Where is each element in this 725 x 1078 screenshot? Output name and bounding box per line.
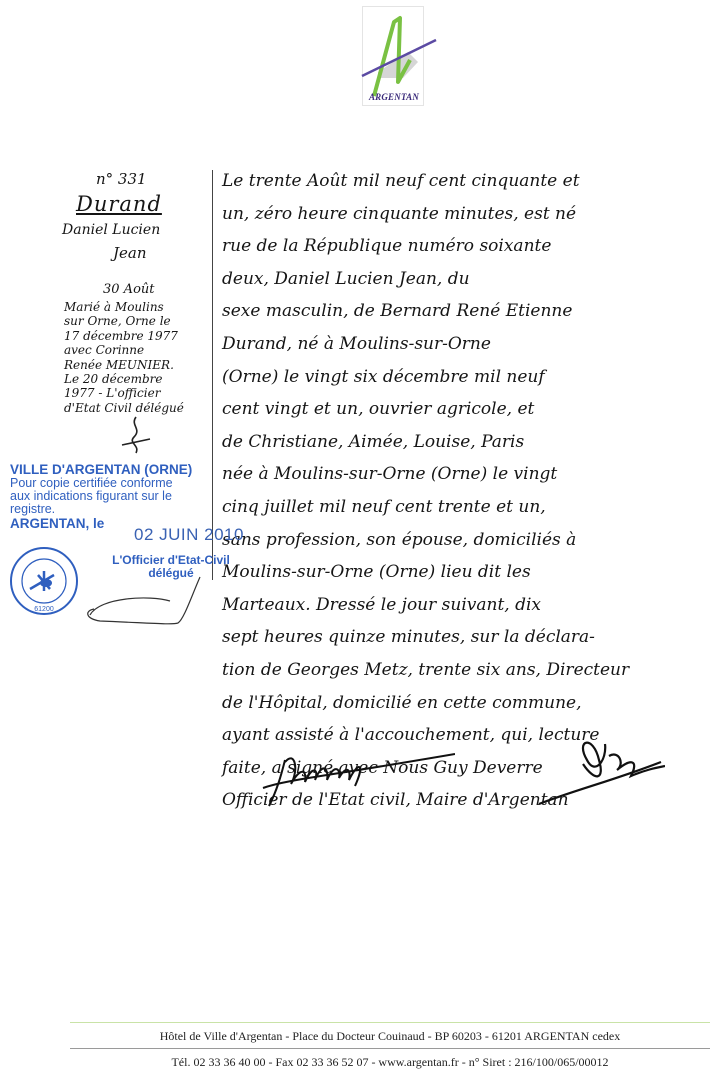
- surname: Durand: [76, 192, 162, 216]
- act-number: n° 331: [96, 170, 147, 188]
- marriage-note-line: 1977 - L'officier: [64, 386, 222, 400]
- footer-rule: [70, 1048, 710, 1049]
- seal-postcode: 61200: [34, 606, 54, 613]
- act-line: Marteaux. Dressé le jour suivant, dix: [222, 589, 712, 622]
- marriage-note-line: 17 décembre 1977: [64, 329, 222, 343]
- marriage-note-line: Marié à Moulins: [64, 300, 222, 314]
- stamp-signature-icon: [80, 575, 230, 625]
- declarant-signature-icon: [255, 740, 455, 810]
- act-line: née à Moulins-sur-Orne (Orne) le vingt: [222, 458, 712, 491]
- officer-signature-icon: [535, 720, 665, 810]
- marriage-note-line: Le 20 décembre: [64, 372, 222, 386]
- footer-address: Hôtel de Ville d'Argentan - Place du Doc…: [70, 1029, 710, 1044]
- marriage-note-line: Renée MEUNIER.: [64, 358, 222, 372]
- birth-date-note: 30 Août: [103, 282, 155, 297]
- argentan-logo: ARGENTAN: [362, 6, 424, 106]
- city-seal-icon: 61200: [8, 545, 80, 617]
- act-line: cent vingt et un, ouvrier agricole, et: [222, 393, 712, 426]
- letterhead-footer: Hôtel de Ville d'Argentan - Place du Doc…: [70, 1022, 710, 1070]
- margin-signature-icon: [116, 415, 156, 455]
- act-line: deux, Daniel Lucien Jean, du: [222, 263, 712, 296]
- act-line: sept heures quinze minutes, sur la décla…: [222, 621, 712, 654]
- act-line: rue de la République numéro soixante: [222, 230, 712, 263]
- footer-contact: Tél. 02 33 36 40 00 - Fax 02 33 36 52 07…: [70, 1055, 710, 1070]
- marriage-note-line: d'Etat Civil délégué: [64, 401, 222, 415]
- stamp-title: VILLE D'ARGENTAN (ORNE): [10, 462, 220, 477]
- logo-a-mark-icon: [348, 12, 438, 98]
- act-line: Moulins-sur-Orne (Orne) lieu dit les: [222, 556, 712, 589]
- given-names: Daniel Lucien: [62, 222, 160, 238]
- act-line: Durand, né à Moulins-sur-Orne: [222, 328, 712, 361]
- act-line: sexe masculin, de Bernard René Etienne: [222, 295, 712, 328]
- given-names-cont: Jean: [113, 244, 147, 262]
- act-line: (Orne) le vingt six décembre mil neuf: [222, 361, 712, 394]
- marriage-note: Marié à Moulins sur Orne, Orne le 17 déc…: [64, 300, 222, 415]
- footer-rule: [70, 1022, 710, 1023]
- act-line: de Christiane, Aimée, Louise, Paris: [222, 426, 712, 459]
- act-line: Le trente Août mil neuf cent cinquante e…: [222, 165, 712, 198]
- act-line: cinq juillet mil neuf cent trente et un,: [222, 491, 712, 524]
- marriage-note-line: sur Orne, Orne le: [64, 314, 222, 328]
- act-line: sans profession, son épouse, domiciliés …: [222, 524, 712, 557]
- act-line: de l'Hôpital, domicilié en cette commune…: [222, 687, 712, 720]
- logo-text: ARGENTAN: [364, 92, 424, 102]
- certification-stamp: VILLE D'ARGENTAN (ORNE) Pour copie certi…: [10, 462, 220, 531]
- stamp-text-line: registre.: [10, 503, 220, 516]
- stamp-date: 02 JUIN 2010: [134, 525, 244, 545]
- marriage-note-line: avec Corinne: [64, 343, 222, 357]
- act-line: un, zéro heure cinquante minutes, est né: [222, 198, 712, 231]
- act-line: tion de Georges Metz, trente six ans, Di…: [222, 654, 712, 687]
